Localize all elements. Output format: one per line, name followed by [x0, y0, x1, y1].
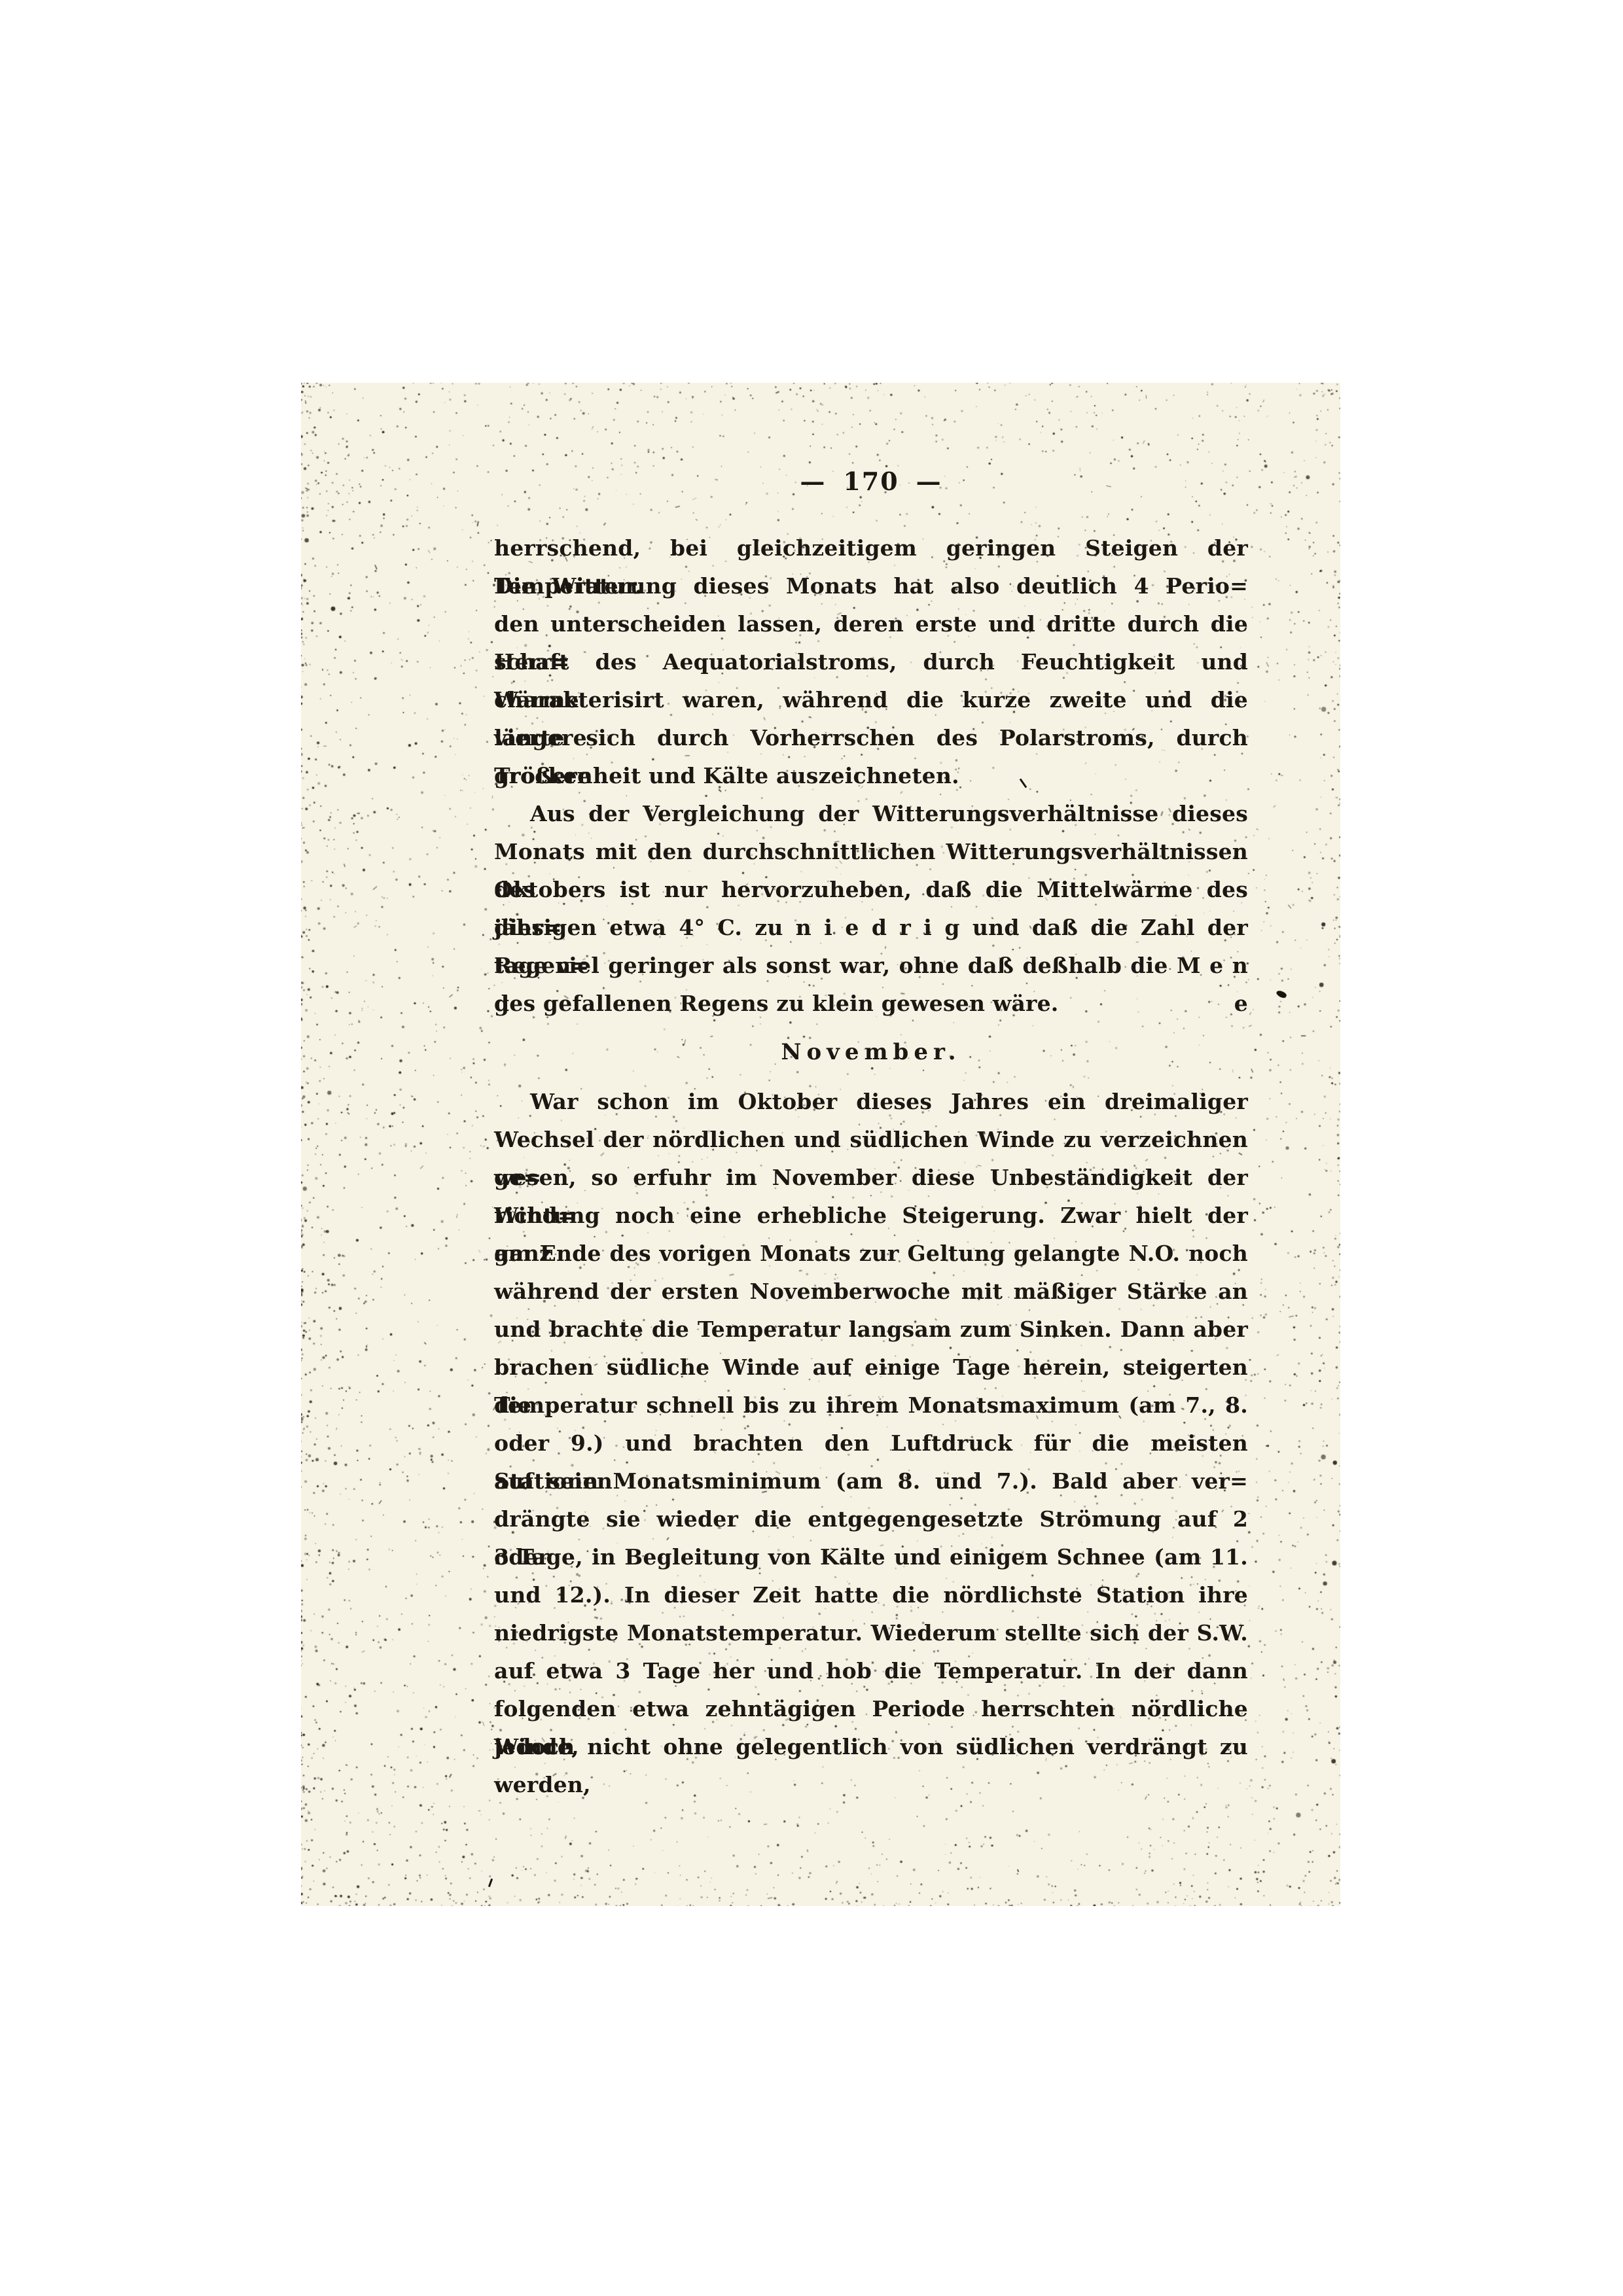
text-line: oder 9.) und brachten den Luftdruck für … [494, 1424, 1248, 1462]
page-background: { "page_header": { "left_dash": "—", "nu… [0, 0, 1623, 2296]
text-line: folgenden etwa zehntägigen Periode herrs… [494, 1690, 1248, 1728]
ink-smudge [1275, 989, 1287, 999]
text-line: Aus der Vergleichung der Witterungsverhä… [494, 795, 1248, 833]
text-line: richtung noch eine erhebliche Steigerung… [494, 1197, 1248, 1235]
text-line: Trockenheit und Kälte auszeichneten. [494, 757, 1248, 795]
text-line: wesen, so erfuhr im November diese Unbes… [494, 1159, 1248, 1197]
text-line: am Ende des vorigen Monats zur Geltung g… [494, 1235, 1248, 1273]
text-line: auf etwa 3 Tage her und hob die Temperat… [494, 1652, 1248, 1690]
text-line: jährigen etwa 4° C. zu n i e d r i g und… [494, 909, 1248, 947]
page-number: —170— [494, 467, 1248, 496]
text-line: den unterscheiden lassen, deren erste un… [494, 605, 1248, 643]
text-line: und 12.). In dieser Zeit hatte die nördl… [494, 1576, 1248, 1614]
text-line: Oktobers ist nur hervorzuheben, daß die … [494, 871, 1248, 909]
text-line: während der ersten Novemberwoche mit mäß… [494, 1273, 1248, 1311]
text-line: schaft des Aequatorialstroms, durch Feuc… [494, 643, 1248, 681]
text-line: auf sein Monatsminimum (am 8. und 7.). B… [494, 1462, 1248, 1500]
text-line: Die Witterung dieses Monats hat also deu… [494, 567, 1248, 605]
text-line: Temperatur schnell bis zu ihrem Monatsma… [494, 1386, 1248, 1424]
text-line: drängte sie wieder die entgegengesetzte … [494, 1500, 1248, 1538]
text-line: herrschend, bei gleichzeitigem geringen … [494, 529, 1248, 567]
text-line: und brachte die Temperatur langsam zum S… [494, 1311, 1248, 1349]
page-number-dash-right: — [899, 467, 959, 496]
text-line: niedrigste Monatstemperatur. Wiederum st… [494, 1614, 1248, 1652]
text-line: tage viel geringer als sonst war, ohne d… [494, 947, 1248, 985]
text-line: Wechsel der nördlichen und südlichen Win… [494, 1121, 1248, 1159]
text-line: brachen südliche Winde auf einige Tage h… [494, 1349, 1248, 1386]
scan-page: —170— herrschend, bei gleichzeitigem ger… [301, 383, 1340, 1906]
ink-smudge [488, 1879, 493, 1887]
page-number-dash-left: — [783, 467, 843, 496]
text-line: charakterisirt waren, während die kurze … [494, 681, 1248, 719]
text-line: 3 Tage, in Begleitung von Kälte und eini… [494, 1538, 1248, 1576]
text-line: Monats mit den durchschnittlichen Witter… [494, 833, 1248, 871]
section-heading: November. [494, 1033, 1248, 1071]
text-block: herrschend, bei gleichzeitigem geringen … [494, 529, 1248, 1766]
text-line: War schon im Oktober dieses Jahres ein d… [494, 1083, 1248, 1121]
page-number-value: 170 [843, 467, 899, 496]
text-line: vierte sich durch Vorherrschen des Polar… [494, 719, 1248, 757]
text-line: jedoch nicht ohne gelegentlich von südli… [494, 1728, 1248, 1766]
